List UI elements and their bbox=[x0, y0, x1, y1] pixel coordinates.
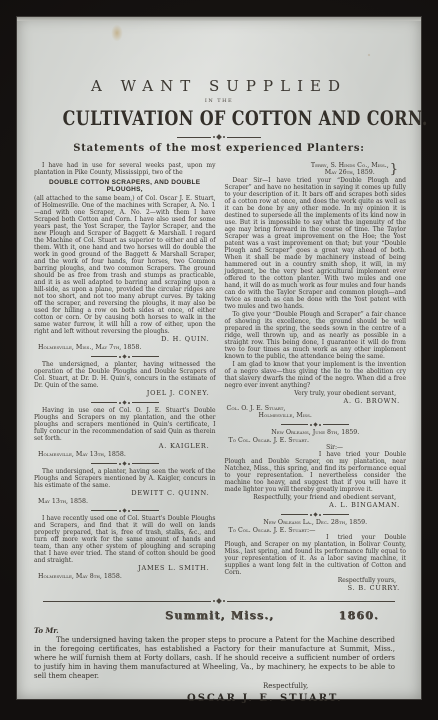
ornament-divider bbox=[91, 509, 159, 512]
bingaman-letter-addressee: To Col. Oscar. J. E. Stuart. bbox=[229, 437, 407, 444]
brown-letter-date: May 26th, 1859. bbox=[311, 169, 389, 176]
main-title-wrap: CULTIVATION OF COTTON AND CORN. bbox=[17, 106, 421, 130]
curry-letter-closing: Respectfully yours, bbox=[225, 577, 397, 584]
quin-testimonial-body: (all attached to the same beam,) of Col.… bbox=[34, 195, 216, 335]
footer-dateline: Summit, Miss., 1860. bbox=[17, 607, 421, 622]
ornament-divider bbox=[91, 401, 159, 404]
title-line-1: A WANT SUPPLIED bbox=[17, 77, 421, 95]
footer-body: The undersigned having taken the proper … bbox=[17, 635, 421, 681]
footer-salutation: To Mr. bbox=[34, 626, 421, 635]
stuart-signature: OSCAR J. E. STUART. bbox=[187, 693, 421, 704]
quinn-signature: DEWITT C. QUINN. bbox=[34, 490, 210, 497]
masthead: A WANT SUPPLIED IN THE CULTIVATION OF CO… bbox=[17, 77, 421, 154]
brown-letter-place-date: Terry, S. Hinds Co., Miss., May 26th, 18… bbox=[311, 162, 389, 176]
footer-year: 1860. bbox=[339, 609, 379, 622]
quin-signature: D. H. QUIN. bbox=[34, 336, 210, 343]
kaigler-dateline: Holmesville, May 13th, 1858. bbox=[38, 451, 216, 458]
bingaman-letter-body: I have tried your Double Plough and Doub… bbox=[225, 451, 407, 493]
coney-signature: JOEL J. CONEY. bbox=[34, 390, 210, 397]
left-column: I have had in use for several weeks past… bbox=[34, 162, 216, 592]
brown-letter-addressee: Col. O. J. E. Stuart, bbox=[227, 405, 407, 412]
curry-letter-addressee: To Col. Oscar. J. E. Stuart:— bbox=[229, 527, 407, 534]
ornament-divider bbox=[281, 513, 349, 516]
footer-place: Summit, Miss., bbox=[165, 609, 274, 622]
curry-signature: S. B. CURRY. bbox=[225, 585, 401, 592]
quin-dateline: Holmesville, Miss., May 7th, 1858. bbox=[38, 344, 216, 351]
brace-glyph: } bbox=[390, 163, 398, 176]
quinn-testimonial-body: The undersigned, a planter, having seen … bbox=[34, 468, 216, 489]
bingaman-signature: A. L. BINGAMAN. bbox=[225, 502, 401, 509]
smith-signature: JAMES L. SMITH. bbox=[34, 565, 210, 572]
subtitle: Statements of the most experienced Plant… bbox=[17, 143, 421, 154]
main-title: CULTIVATION OF COTTON AND CORN. bbox=[63, 106, 428, 130]
kaigler-signature: A. KAIGLER. bbox=[34, 443, 210, 450]
title-line-2: IN THE bbox=[17, 98, 421, 104]
bingaman-letter-salutation: Sir:— bbox=[326, 444, 406, 451]
brown-letter-closing: Very truly, your obedient servant, bbox=[225, 390, 397, 397]
product-heading: DOUBLE COTTON SCRAPERS, AND DOUBLE PLOUG… bbox=[34, 179, 216, 193]
curry-letter-dateline: New Orleans La., Dec. 28th, 1859. bbox=[225, 519, 407, 526]
kaigler-testimonial-body: Having in use one of Col. O. J. E. Stuar… bbox=[34, 407, 216, 442]
ornament-divider bbox=[281, 423, 349, 426]
photo-background: A WANT SUPPLIED IN THE CULTIVATION OF CO… bbox=[0, 0, 438, 720]
testimonial-columns: I have had in use for several weeks past… bbox=[17, 154, 421, 592]
ornament-divider bbox=[91, 462, 159, 465]
brown-letter-addressee-place: Holmesville, Miss. bbox=[259, 412, 407, 419]
brown-letter-para2: To give your “Double Plough and Scraper”… bbox=[225, 311, 407, 360]
brown-letter-para1: Dear Sir—I have tried your “Double Ploug… bbox=[225, 177, 407, 310]
smith-dateline: Holmesville, May 8th, 1858. bbox=[38, 573, 216, 580]
smith-testimonial-body: I have recently used one of Col. Stuart'… bbox=[34, 515, 216, 564]
brown-letter-dateline: Terry, S. Hinds Co., Miss., May 26th, 18… bbox=[225, 162, 399, 176]
brown-signature: A. G. BROWN. bbox=[225, 398, 401, 405]
quinn-dateline: May 13th, 1858. bbox=[38, 498, 216, 505]
intro-paragraph: I have had in use for several weeks past… bbox=[34, 162, 216, 176]
curry-letter-body: I tried your Double Plough, and Scraper … bbox=[225, 534, 407, 576]
footer-closing: Respectfully, bbox=[263, 682, 421, 690]
ornament-divider bbox=[177, 135, 261, 139]
brown-letter-place: Terry, S. Hinds Co., Miss., bbox=[311, 162, 389, 169]
broadside-document: A WANT SUPPLIED IN THE CULTIVATION OF CO… bbox=[17, 17, 421, 699]
brown-letter-para3: I am glad to know that your implement is… bbox=[225, 361, 407, 389]
bingaman-letter-closing: Respectfully, your friend and obedient s… bbox=[225, 494, 397, 501]
ornament-divider bbox=[91, 355, 159, 358]
bingaman-letter-dateline: New Orleans, June 8th, 1859. bbox=[225, 429, 407, 436]
ornament-divider bbox=[43, 599, 395, 603]
coney-testimonial-body: The undersigned, a planter, having witne… bbox=[34, 361, 216, 389]
paper-top-edge bbox=[17, 17, 421, 21]
right-column: Terry, S. Hinds Co., Miss., May 26th, 18… bbox=[225, 162, 407, 592]
